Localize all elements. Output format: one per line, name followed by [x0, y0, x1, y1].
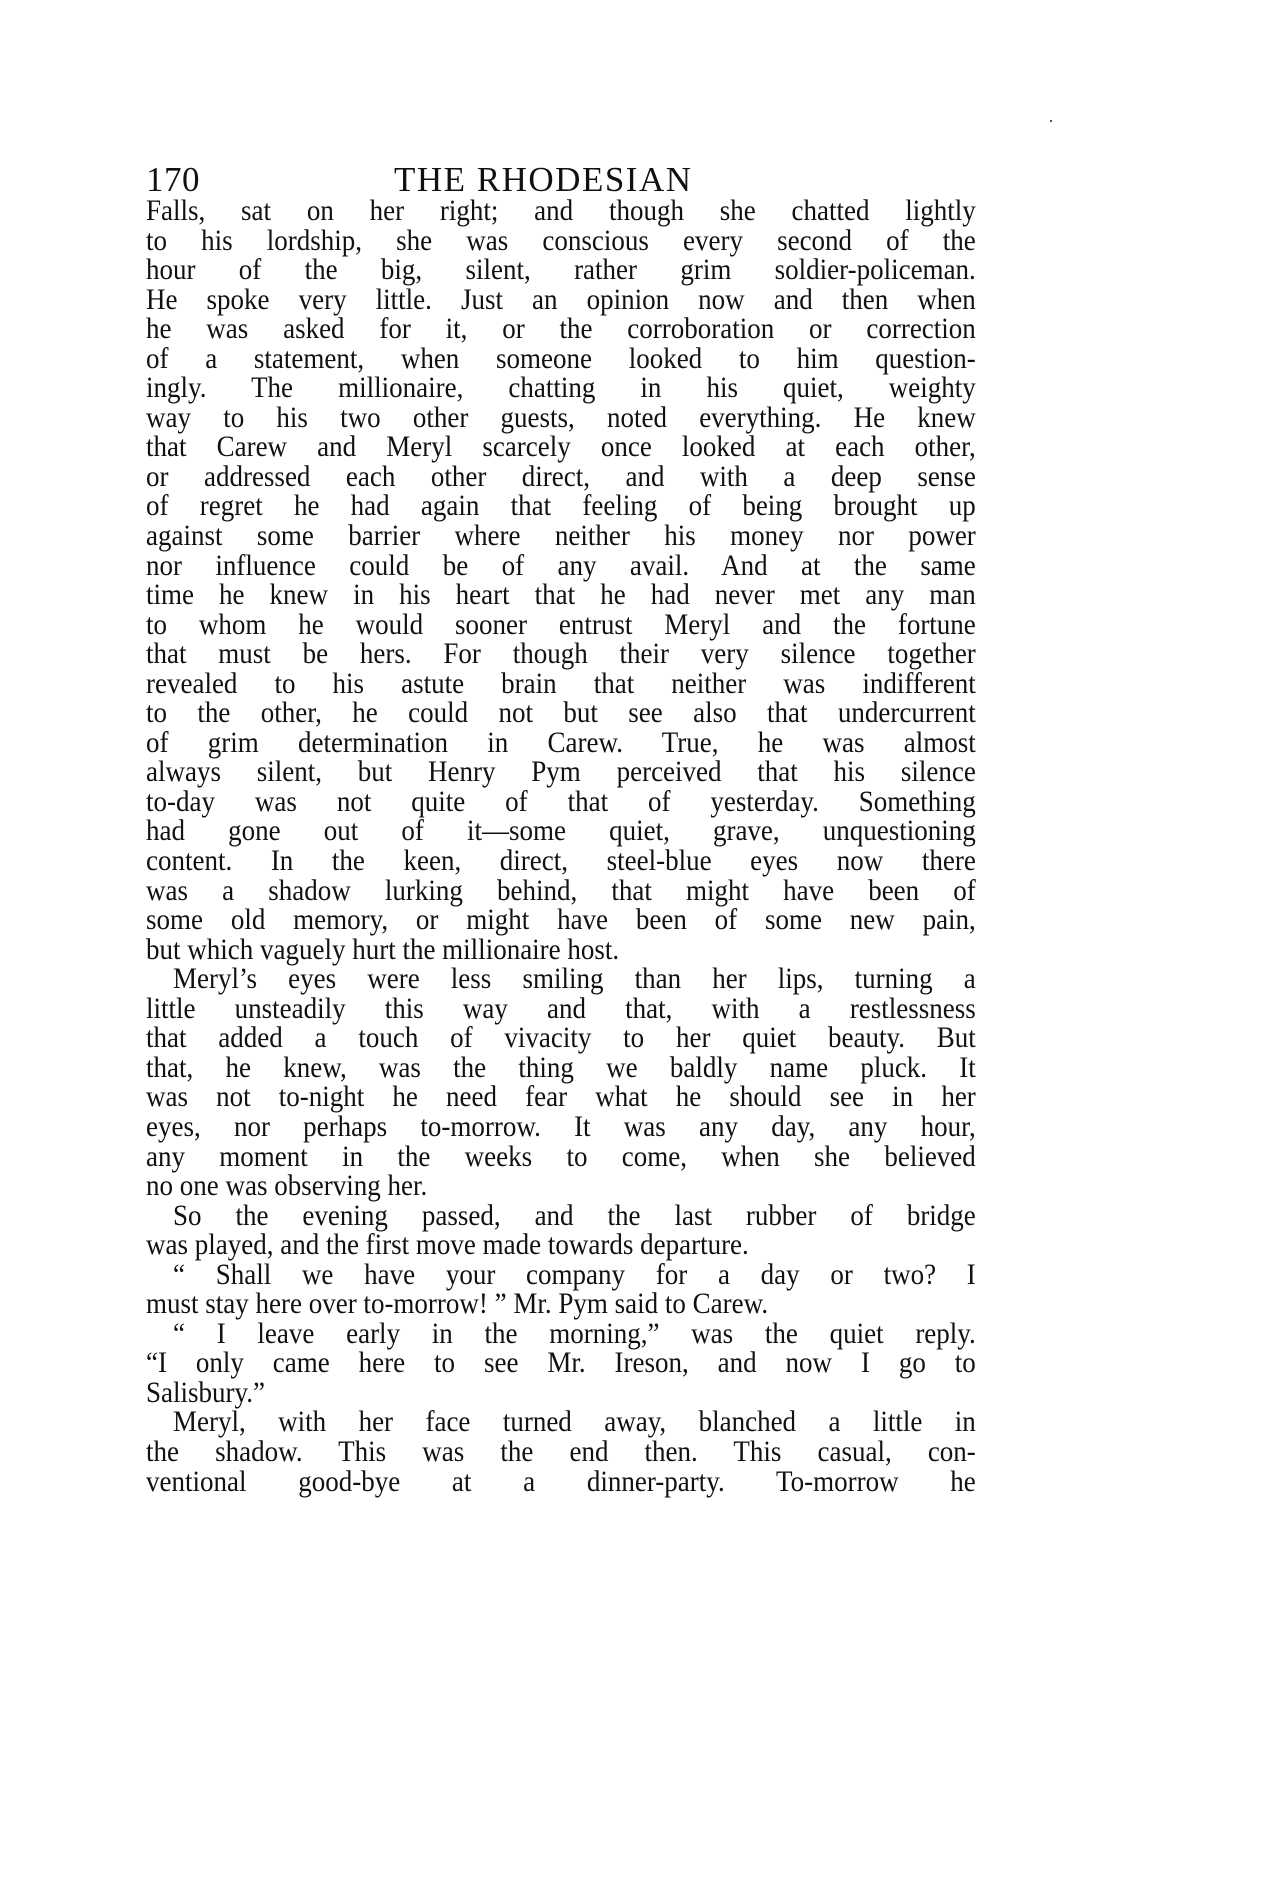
dialogue-line: Salisbury.” — [146, 1378, 976, 1408]
paragraph-end-line: but which vaguely hurt the millionaire h… — [146, 935, 976, 965]
text-line: was not to-night he need fear what he sh… — [146, 1082, 976, 1112]
text-line: nor influence could be of any avail. And… — [146, 551, 976, 581]
text-line: that Carew and Meryl scarcely once looke… — [146, 432, 976, 462]
paragraph-end-line: no one was observing her. — [146, 1171, 976, 1201]
text-line: he was asked for it, or the corroboratio… — [146, 314, 976, 344]
text-line: way to his two other guests, noted every… — [146, 403, 976, 433]
text-line: against some barrier where neither his m… — [146, 521, 976, 551]
dialogue-line: “ Shall we have your company for a day o… — [146, 1260, 976, 1290]
text-line: little unsteadily this way and that, wit… — [146, 994, 976, 1024]
text-line: that must be hers. For though their very… — [146, 639, 976, 669]
text-line: had gone out of it—some quiet, grave, un… — [146, 816, 976, 846]
scan-speck — [1050, 120, 1052, 122]
text-line: any moment in the weeks to come, when sh… — [146, 1142, 976, 1172]
text-line: of regret he had again that feeling of b… — [146, 491, 976, 521]
dialogue-line: must stay here over to-morrow! ” Mr. Pym… — [146, 1289, 976, 1319]
body-text: Falls, sat on her right; and though she … — [146, 196, 976, 1496]
paragraph-start-line: Meryl’s eyes were less smiling than her … — [146, 964, 976, 994]
text-line: was a shadow lurking behind, that might … — [146, 876, 976, 906]
text-line: that added a touch of vivacity to her qu… — [146, 1023, 976, 1053]
text-line: ingly. The millionaire, chatting in his … — [146, 373, 976, 403]
dialogue-line: “ I leave early in the morning,” was the… — [146, 1319, 976, 1349]
dialogue-line: “I only came here to see Mr. Ireson, and… — [146, 1348, 976, 1378]
paragraph-start-line: So the evening passed, and the last rubb… — [146, 1201, 976, 1231]
text-line: to the other, he could not but see also … — [146, 698, 976, 728]
text-line: eyes, nor perhaps to-morrow. It was any … — [146, 1112, 976, 1142]
text-line: hour of the big, silent, rather grim sol… — [146, 255, 976, 285]
text-line: content. In the keen, direct, steel-blue… — [146, 846, 976, 876]
paragraph-end-line: was played, and the first move made towa… — [146, 1230, 976, 1260]
text-line: to whom he would sooner entrust Meryl an… — [146, 610, 976, 640]
text-line: time he knew in his heart that he had ne… — [146, 580, 976, 610]
paragraph-start-line: Meryl, with her face turned away, blanch… — [146, 1407, 976, 1437]
text-line: Falls, sat on her right; and though she … — [146, 196, 976, 226]
text-line: ventional good-bye at a dinner-party. To… — [146, 1467, 976, 1497]
text-line: to his lordship, she was conscious every… — [146, 226, 976, 256]
text-line: the shadow. This was the end then. This … — [146, 1437, 976, 1467]
text-line: or addressed each other direct, and with… — [146, 462, 976, 492]
text-line: He spoke very little. Just an opinion no… — [146, 285, 976, 315]
text-line: that, he knew, was the thing we baldly n… — [146, 1053, 976, 1083]
text-line: to-day was not quite of that of yesterda… — [146, 787, 976, 817]
text-line: always silent, but Henry Pym perceived t… — [146, 757, 976, 787]
text-line: revealed to his astute brain that neithe… — [146, 669, 976, 699]
text-line: of a statement, when someone looked to h… — [146, 344, 976, 374]
text-line: some old memory, or might have been of s… — [146, 905, 976, 935]
text-line: of grim determination in Carew. True, he… — [146, 728, 976, 758]
